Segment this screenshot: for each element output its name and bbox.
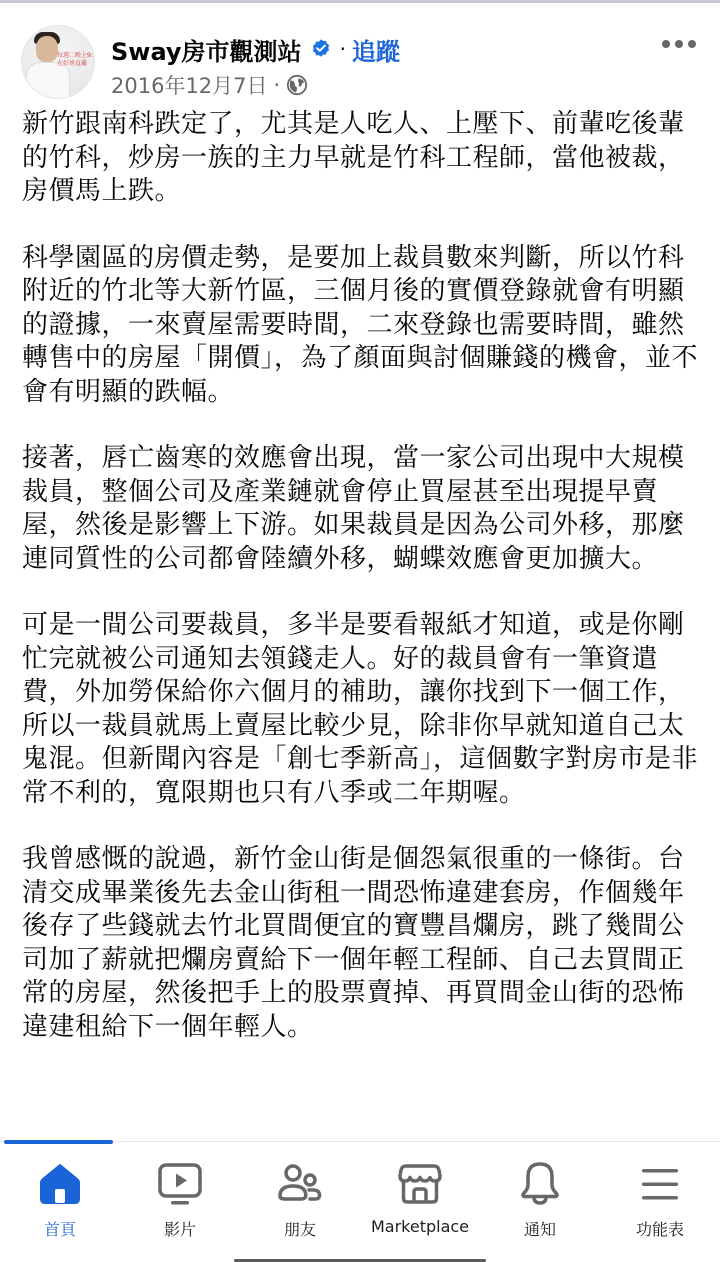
tab-video[interactable]: 影片 <box>120 1144 240 1244</box>
friends-icon <box>276 1160 324 1208</box>
tab-marketplace[interactable]: Marketplace <box>360 1144 480 1244</box>
tab-label: 通知 <box>524 1217 556 1240</box>
tab-notifications[interactable]: 通知 <box>480 1144 600 1244</box>
avatar-caption-line2: 在好房直播 <box>57 60 95 68</box>
avatar-caption: 每週二晚上9:30 在好房直播 <box>57 52 95 68</box>
more-dot-icon <box>662 40 670 48</box>
author-line: Sway房市觀測站 · 追蹤 <box>111 31 400 67</box>
post-paragraph: 我曾感慨的說過，新竹金山街是個怨氣很重的一條街。台清交成畢業後先去金山街租一間恐… <box>22 843 702 1044</box>
post-paragraph: 新竹跟南科跌定了，尤其是人吃人、上壓下、前輩吃後輩的竹科，炒房一族的主力早就是竹… <box>22 108 702 209</box>
avatar[interactable]: 每週二晚上9:30 在好房直播 <box>21 25 95 99</box>
more-dot-icon <box>675 40 683 48</box>
tab-label: 首頁 <box>44 1217 76 1240</box>
bottom-tab-bar: 首頁 影片 朋友 <box>0 1144 720 1244</box>
more-options-button[interactable] <box>662 36 696 52</box>
tab-friends[interactable]: 朋友 <box>240 1144 360 1244</box>
tab-label: 影片 <box>164 1217 196 1240</box>
post-body: 新竹跟南科跌定了，尤其是人吃人、上壓下、前輩吃後輩的竹科，炒房一族的主力早就是竹… <box>22 108 702 1077</box>
tab-label: 功能表 <box>636 1217 684 1240</box>
post-meta: 2016年12月7日 · <box>111 70 308 100</box>
globe-icon[interactable] <box>286 74 308 96</box>
author-name[interactable]: Sway房市觀測站 <box>111 32 302 67</box>
post-timestamp[interactable]: 2016年12月7日 <box>111 70 268 100</box>
post-paragraph: 科學園區的房價走勢，是要加上裁員數來判斷，所以竹科附近的竹北等大新竹區，三個月後… <box>22 242 702 410</box>
post-paragraph: 接著，唇亡齒寒的效應會出現，當一家公司出現中大規模裁員，整個公司及產業鏈就會停止… <box>22 442 702 576</box>
video-icon <box>156 1160 204 1208</box>
avatar-face <box>36 36 58 62</box>
tab-home[interactable]: 首頁 <box>0 1144 120 1244</box>
tab-menu[interactable]: 功能表 <box>600 1144 720 1244</box>
tab-label: Marketplace <box>371 1217 469 1236</box>
post-paragraph: 可是一間公司要裁員，多半是要看報紙才知道，或是你剛忙完就被公司通知去領錢走人。好… <box>22 609 702 810</box>
follow-button[interactable]: 追蹤 <box>352 32 400 67</box>
post-header: 每週二晚上9:30 在好房直播 Sway房市觀測站 · 追蹤 2016年12月7… <box>0 0 720 105</box>
verified-badge-icon <box>310 38 332 60</box>
avatar-caption-line1: 每週二晚上9:30 <box>57 52 95 60</box>
home-icon <box>36 1160 84 1208</box>
menu-icon <box>636 1160 684 1208</box>
more-dot-icon <box>688 40 696 48</box>
separator-dot: · <box>274 73 281 97</box>
separator-dot: · <box>340 37 346 61</box>
marketplace-icon <box>396 1160 444 1208</box>
bell-icon <box>516 1160 564 1208</box>
tab-label: 朋友 <box>284 1217 316 1240</box>
